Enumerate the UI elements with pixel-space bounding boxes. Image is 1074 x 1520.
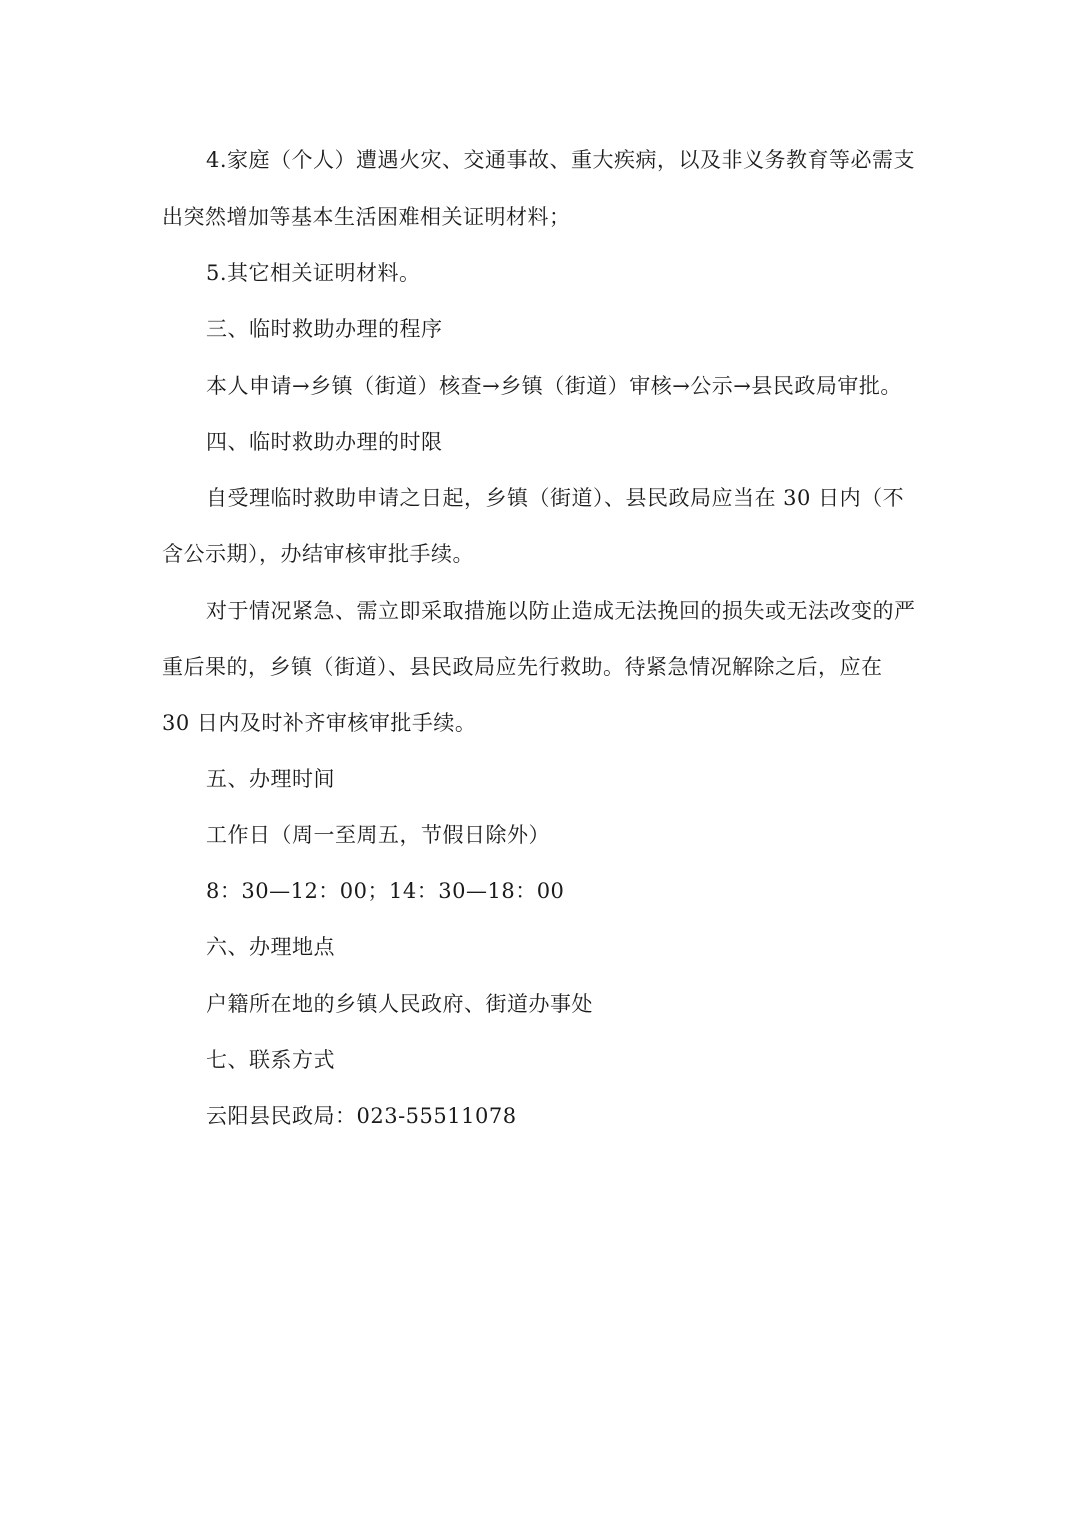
time-limit-line-2: 含公示期），办结审核审批手续。 [162,540,474,568]
section-heading-procedure: 三、临时救助办理的程序 [206,315,443,343]
section-heading-contact: 七、联系方式 [206,1046,335,1074]
time-limit-line-1: 自受理临时救助申请之日起，乡镇（街道）、县民政局应当在 30 日内（不 [206,484,904,512]
section-heading-office-hours: 五、办理时间 [206,765,335,793]
procedure-text: 本人申请→乡镇（街道）核查→乡镇（街道）审核→公示→县民政局审批。 [206,372,902,400]
emergency-line-1: 对于情况紧急、需立即采取措施以防止造成无法挽回的损失或无法改变的严 [206,597,916,625]
emergency-line-2: 重后果的，乡镇（街道）、县民政局应先行救助。待紧急情况解除之后，应在 [162,653,883,681]
list-item-4-line-2: 出突然增加等基本生活困难相关证明材料； [162,203,571,231]
list-item-5: 5.其它相关证明材料。 [206,259,421,287]
contact-text: 云阳县民政局：023-55511078 [206,1102,517,1130]
workdays-text: 工作日（周一至周五，节假日除外） [206,821,550,849]
emergency-line-3: 30 日内及时补齐审核审批手续。 [162,709,476,737]
section-heading-location: 六、办理地点 [206,933,335,961]
list-item-4-line-1: 4.家庭（个人）遭遇火灾、交通事故、重大疾病，以及非义务教育等必需支 [206,146,915,174]
document-page: 4.家庭（个人）遭遇火灾、交通事故、重大疾病，以及非义务教育等必需支 出突然增加… [0,0,1074,1520]
office-hours-text: 8：30—12：00；14：30—18：00 [206,877,564,905]
location-text: 户籍所在地的乡镇人民政府、街道办事处 [206,990,593,1018]
section-heading-time-limit: 四、临时救助办理的时限 [206,428,443,456]
